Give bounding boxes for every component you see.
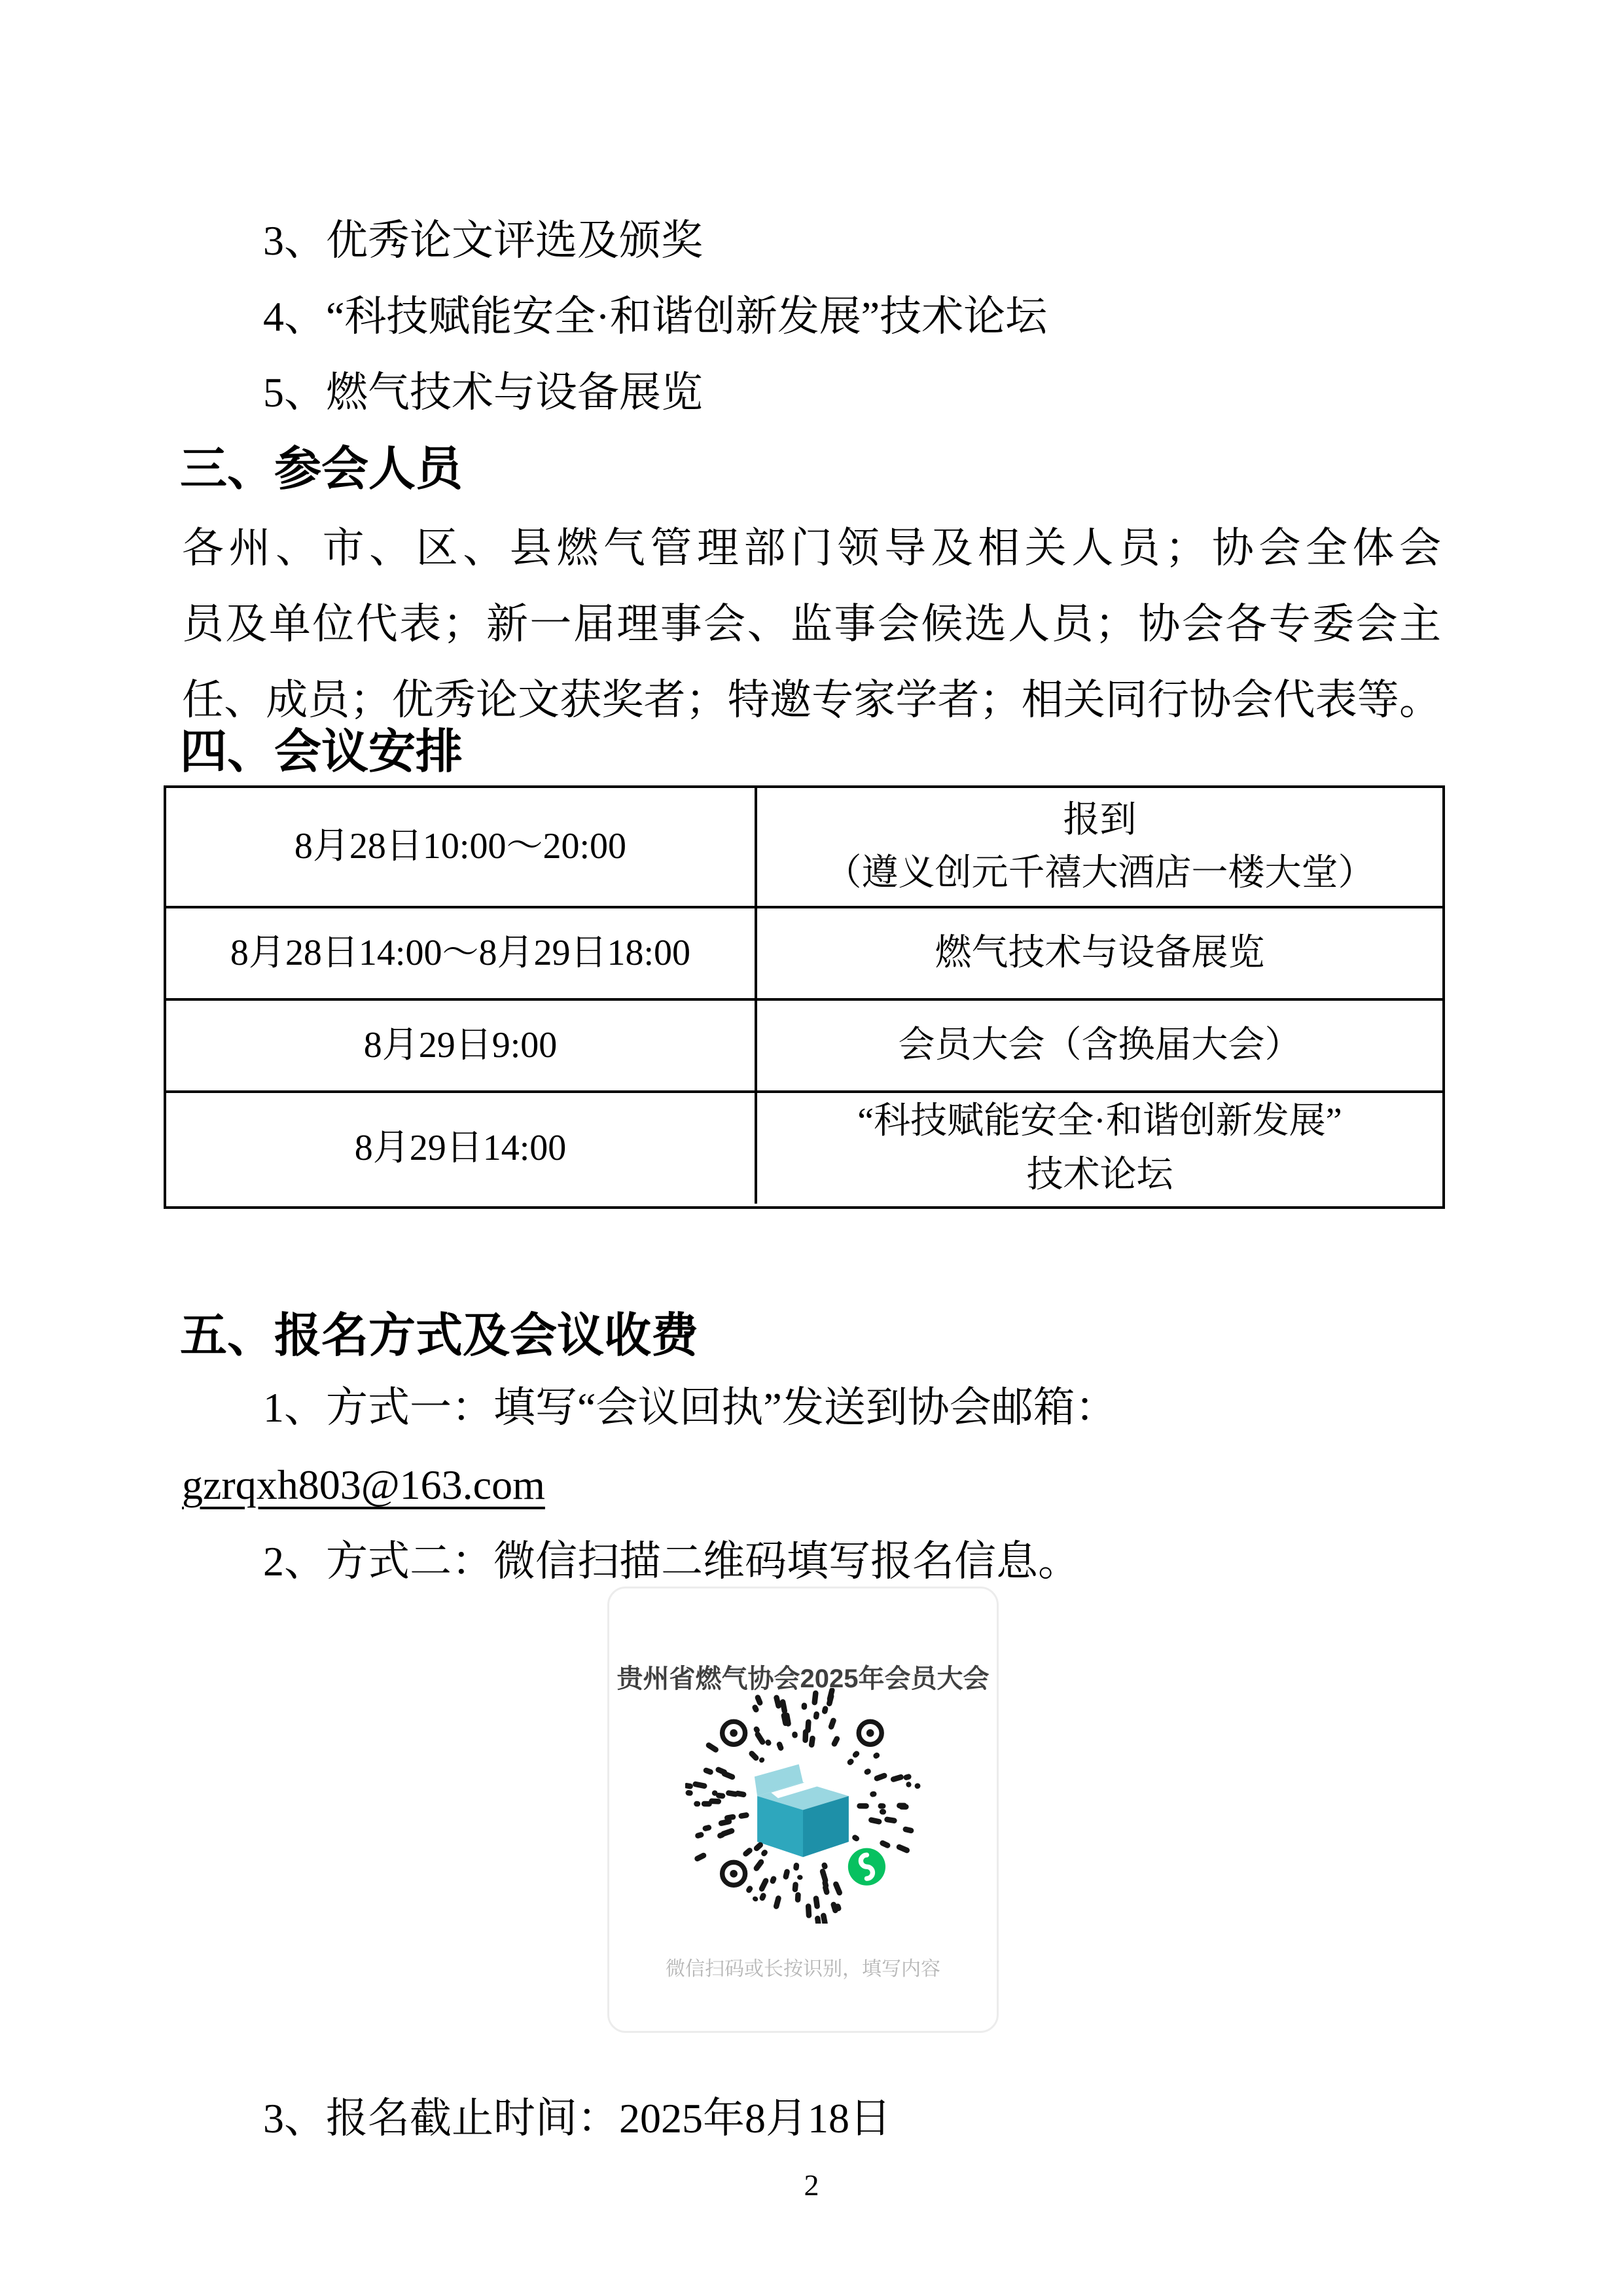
qr-dot xyxy=(758,1756,765,1763)
qr-dot xyxy=(783,1869,791,1880)
qr-dot xyxy=(815,1915,821,1924)
qr-dot xyxy=(764,1738,772,1747)
qr-dot xyxy=(738,1812,749,1819)
section-heading-participants: 三、参会人员 xyxy=(180,444,1443,495)
schedule-time: 8月29日9:00 xyxy=(364,1019,558,1072)
qr-dot xyxy=(830,1735,840,1748)
schedule-event: 燃气技术与设备展览 xyxy=(935,927,1264,980)
qr-dot xyxy=(863,1768,872,1776)
schedule-event-cell: 会员大会（含换届大会） xyxy=(755,1001,1442,1090)
qr-dot xyxy=(758,1892,767,1902)
qr-dot xyxy=(742,1846,754,1857)
qr-dot xyxy=(694,1831,704,1839)
qr-dot xyxy=(870,1791,878,1797)
qr-marker-bottom-left xyxy=(722,1862,745,1885)
qr-dot xyxy=(828,1717,837,1730)
qr-dot xyxy=(797,1874,803,1880)
qr-marker-top-left xyxy=(722,1721,745,1744)
qr-dot xyxy=(902,1826,914,1834)
qr-dot xyxy=(702,1824,712,1831)
qr-dot xyxy=(752,1895,759,1903)
qr-dot xyxy=(813,1711,819,1720)
schedule-time: 8月28日10:00～20:00 xyxy=(294,820,626,873)
schedule-event: “科技赋能安全·和谐创新发展” xyxy=(857,1095,1342,1148)
participants-line-3: 任、成员；优秀论文获奖者；特邀专家学者；相关同行协会代表等。 xyxy=(182,676,1441,725)
qr-dot xyxy=(751,1704,760,1713)
qr-dot xyxy=(715,1766,728,1776)
qr-dot xyxy=(805,1719,811,1734)
qr-dot xyxy=(811,1690,819,1705)
schedule-event: 会员大会（含换届大会） xyxy=(898,1019,1301,1072)
mini-program-logo xyxy=(848,1848,885,1886)
table-row: 8月28日10:00～20:00 报到 （遵义创元千禧大酒店一楼大堂） xyxy=(166,788,1442,906)
participants-line-1: 各州、市、区、县燃气管理部门领导及相关人员；协会全体会 xyxy=(182,524,1441,573)
qr-dot xyxy=(745,1885,754,1894)
qr-dot xyxy=(890,1774,904,1783)
schedule-time-cell: 8月29日14:00 xyxy=(166,1093,755,1204)
schedule-event-cell: 报到 （遵义创元千禧大酒店一楼大堂） xyxy=(755,788,1442,906)
qr-dot xyxy=(802,1702,808,1710)
document-page: 3、优秀论文评选及颁奖 4、“科技赋能安全·和谐创新发展”技术论坛 5、燃气技术… xyxy=(0,0,1623,2296)
qr-dot xyxy=(758,1877,769,1893)
qr-dot xyxy=(851,1749,861,1759)
qr-dot xyxy=(760,1848,768,1857)
qr-dot xyxy=(702,1801,712,1807)
qr-dot xyxy=(880,1809,887,1815)
qr-dot xyxy=(776,1741,785,1751)
qr-dot xyxy=(705,1742,719,1754)
schedule-time: 8月28日14:00～8月29日18:00 xyxy=(230,927,690,980)
qr-marker-top-right xyxy=(859,1721,882,1744)
qr-dot xyxy=(694,1852,707,1862)
schedule-event-cell: 燃气技术与设备展览 xyxy=(755,908,1442,998)
qr-dot xyxy=(873,1772,887,1782)
qr-dot xyxy=(884,1816,898,1824)
registration-deadline: 3、报名截止时间：2025年8月18日 xyxy=(182,2094,1522,2143)
qr-dot xyxy=(846,1757,855,1766)
page-number: 2 xyxy=(0,2168,1623,2202)
qr-code xyxy=(685,1688,921,1924)
qr-dot xyxy=(827,1688,836,1702)
qr-dot xyxy=(851,1834,861,1842)
qr-dot xyxy=(872,1751,881,1760)
qr-dot xyxy=(754,1694,763,1706)
qr-dot xyxy=(857,1803,869,1809)
qr-dot xyxy=(754,1731,766,1746)
section-heading-registration: 五、报名方式及会议收费 xyxy=(180,1310,1443,1362)
participants-line-2: 员及单位代表；新一届理事会、监事会候选人员；协会各专委会主 xyxy=(182,600,1441,649)
qr-dot xyxy=(685,1790,693,1797)
qr-dot xyxy=(879,1839,891,1849)
registration-method-2: 2、方式二：微信扫描二维码填写报名信息。 xyxy=(182,1537,1522,1586)
qr-dot xyxy=(821,1861,829,1870)
table-row: 8月28日14:00～8月29日18:00 燃气技术与设备展览 xyxy=(166,906,1442,998)
qr-dot xyxy=(808,1735,815,1748)
schedule-event-detail: 技术论坛 xyxy=(1026,1149,1173,1202)
schedule-event-cell: “科技赋能安全·和谐创新发展” 技术论坛 xyxy=(755,1093,1442,1204)
registration-email-line: gzrqxh803@163.com xyxy=(182,1461,1441,1509)
qr-dot xyxy=(903,1773,912,1780)
registration-method-1: 1、方式一：填写“会议回执”发送到协会邮箱： xyxy=(182,1384,1522,1432)
qr-dot xyxy=(753,1858,765,1872)
qr-dot xyxy=(694,1801,700,1807)
qr-dot xyxy=(769,1875,777,1884)
schedule-event: 报到 xyxy=(1063,794,1136,847)
qr-dot xyxy=(792,1731,798,1738)
qr-dot xyxy=(895,1843,910,1854)
box-icon xyxy=(755,1764,849,1857)
qr-dot xyxy=(897,1803,907,1808)
qr-dot xyxy=(820,1912,828,1924)
qr-dot xyxy=(792,1882,798,1893)
qr-dot xyxy=(806,1903,812,1918)
table-row: 8月29日9:00 会员大会（含换届大会） xyxy=(166,998,1442,1090)
schedule-time-cell: 8月28日10:00～20:00 xyxy=(166,788,755,906)
qr-registration-card: 贵州省燃气协会2025年会员大会 xyxy=(607,1587,999,2033)
qr-dot xyxy=(821,1706,829,1715)
email-link[interactable]: gzrqxh803@163.com xyxy=(182,1462,545,1508)
qr-dot xyxy=(692,1781,707,1789)
schedule-time: 8月29日14:00 xyxy=(355,1122,567,1175)
qr-dot xyxy=(832,1880,844,1896)
qr-dot xyxy=(878,1803,886,1809)
qr-dot xyxy=(868,1817,882,1825)
qr-dot xyxy=(773,1895,782,1910)
qr-dot xyxy=(914,1783,921,1789)
schedule-event-detail: （遵义创元千禧大酒店一楼大堂） xyxy=(825,847,1374,900)
schedule-time-cell: 8月28日14:00～8月29日18:00 xyxy=(166,908,755,998)
agenda-item-4: 4、“科技赋能安全·和谐创新发展”技术论坛 xyxy=(182,293,1522,341)
qr-dot xyxy=(748,1749,760,1762)
qr-dot xyxy=(703,1767,715,1776)
schedule-table: 8月28日10:00～20:00 报到 （遵义创元千禧大酒店一楼大堂） 8月28… xyxy=(164,785,1445,1209)
agenda-item-3: 3、优秀论文评选及颁奖 xyxy=(182,217,1522,265)
table-row: 8月29日14:00 “科技赋能安全·和谐创新发展” 技术论坛 xyxy=(166,1090,1442,1204)
schedule-time-cell: 8月29日9:00 xyxy=(166,1001,755,1090)
qr-dot xyxy=(795,1892,801,1903)
qr-dot xyxy=(793,1862,800,1871)
qr-dot xyxy=(906,1782,912,1788)
qr-dot xyxy=(725,1790,738,1798)
qr-card-caption: 微信扫码或长按识别，填写内容 xyxy=(609,1952,997,1981)
section-heading-schedule: 四、会议安排 xyxy=(180,726,1443,778)
qr-dot xyxy=(813,1895,820,1909)
agenda-item-5: 5、燃气技术与设备展览 xyxy=(182,368,1522,417)
qr-dot xyxy=(685,1782,694,1789)
